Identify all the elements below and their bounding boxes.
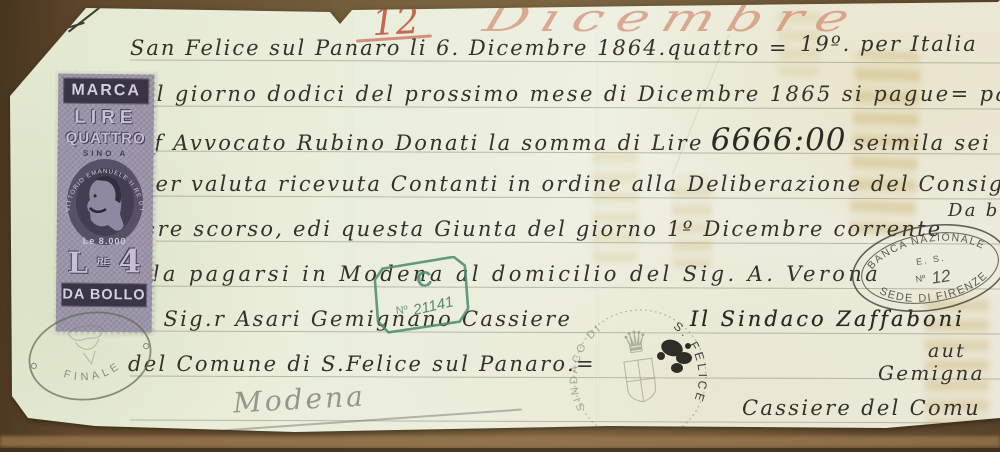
stamp-lire-label: LIRE — [60, 107, 152, 130]
finale-postmark: FINALE — [14, 300, 166, 416]
handwritten-fragment-2: Gemigna — [878, 361, 985, 386]
handwritten-line-1: San Felice sul Panaro li 6. Dicembre 186… — [130, 35, 789, 61]
corner-date-note: 12 Dic — [11, 4, 68, 45]
line-3-text-after: seimila sei cen — [854, 130, 1000, 156]
sindaco-ornament: ★ ★ ★ — [634, 424, 665, 440]
control-no-label: Nº — [395, 304, 408, 317]
stamp-maximum-label: Le 8.000 — [59, 236, 151, 247]
sindaco-stamp: ♛ SINDACO DI S. FELICE ★ ★ ★ — [560, 296, 720, 452]
banca-es: E. S. — [915, 253, 946, 267]
svg-text:FINALE: FINALE — [60, 358, 125, 388]
pen-flourish — [68, 5, 102, 32]
sindaco-arc-right: S. FELICE — [670, 316, 715, 409]
stamp-header: MARCA — [63, 78, 149, 105]
revenue-stamp: MARCA LIRE QUATTRO SINO A VITTORIO EMANU… — [56, 74, 155, 333]
handwritten-line-9-right: Cassiere del Comu — [742, 395, 981, 421]
handwritten-line-4: per valuta ricevuta Contanti in ordine a… — [140, 171, 1000, 197]
ink-bleedthrough — [592, 150, 638, 262]
handwritten-line-6: da pagarsi in Modena al domicilio del Si… — [146, 261, 881, 287]
finale-label: FINALE — [60, 358, 125, 388]
banca-number: 12 — [930, 266, 952, 288]
stamp-quattro-label: QUATTRO — [60, 130, 152, 148]
handwritten-line-7: Al Sig.r Asari Gemignano Cassiere — [128, 306, 572, 332]
scanned-document-scene: 12 Dic 12 Dicembre San Felice sul Panaro… — [0, 0, 1000, 452]
king-portrait-icon: VITTORIO EMANUELE II RE D'ITALIA — [61, 156, 150, 249]
handwritten-line-3: Lf Avvocato Rubino Donati la somma di Li… — [138, 121, 1000, 160]
stamp-value-re: RE — [97, 256, 110, 267]
control-stamp: C Nº 21141 — [370, 256, 474, 336]
stamp-value-l: L — [68, 246, 89, 280]
paper-wrap: 12 Dic 12 Dicembre San Felice sul Panaro… — [0, 0, 1000, 452]
line-3-text: Lf Avvocato Rubino Donati la somma di Li… — [138, 130, 704, 156]
svg-text:S. FELICE: S. FELICE — [670, 316, 715, 409]
svg-text:★ ★ ★: ★ ★ ★ — [634, 424, 665, 440]
handwritten-line-5: bre scorso, edi questa Giunta del giorno… — [142, 216, 942, 242]
control-number: 21141 — [411, 293, 455, 319]
stamp-value: L RE 4 — [58, 246, 150, 281]
handwritten-line-2: Il giorno dodici del prossimo mese di Di… — [146, 81, 1000, 107]
stamp-value-4: 4 — [119, 242, 142, 280]
pencil-note: Modena — [232, 380, 366, 420]
amount-lire: 6666:00 — [711, 121, 847, 160]
handwritten-line-1-right: 19º. per Italia — [800, 31, 978, 57]
sindaco-arc-left: SINDACO DI — [560, 321, 615, 413]
banca-nazionale-stamp: BANCA NAZIONALE E. S. Nº 12 SEDE DI FIRE… — [840, 218, 1000, 318]
control-letter: C — [415, 266, 434, 293]
svg-text:SINDACO DI: SINDACO DI — [560, 321, 615, 413]
handwritten-line-8: del Comune di S.Felice sul Panaro.= — [128, 351, 596, 377]
crown-icon: ♛ — [620, 325, 651, 361]
document-paper: 12 Dic 12 Dicembre San Felice sul Panaro… — [0, 0, 1000, 452]
banca-no-label: Nº — [915, 273, 927, 285]
